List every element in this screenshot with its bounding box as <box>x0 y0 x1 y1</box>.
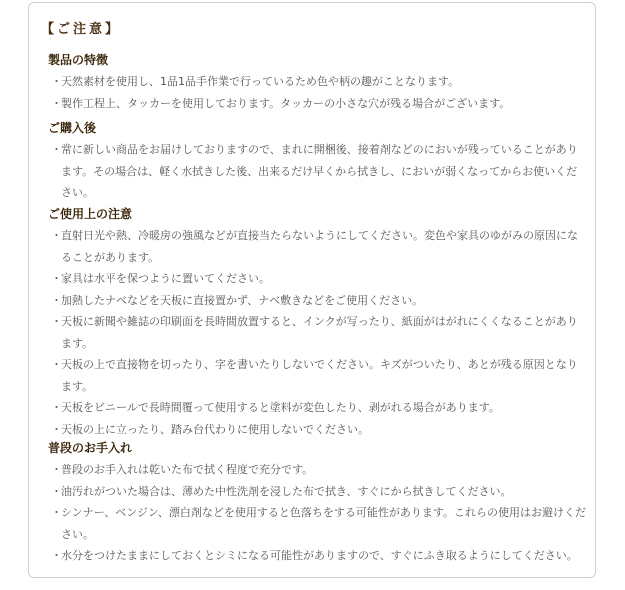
bullet-icon: ・ <box>51 225 61 247</box>
item-text: 常に新しい商品をお届けしておりますので、まれに開梱後、接着剤などのにおいが残って… <box>61 143 578 199</box>
bullet-icon: ・ <box>51 397 61 419</box>
list-item: ・天板に新聞や雑誌の印刷面を長時間放置すると、インクが写ったり、紙面がはがれにく… <box>48 311 588 354</box>
section-daily-care: 普段のお手入れ ・普段のお手入れは乾いた布で拭く程度で充分です。 ・油汚れがつい… <box>48 439 588 567</box>
bullet-icon: ・ <box>51 354 61 376</box>
section-title: ご購入後 <box>48 119 588 137</box>
item-text: 家具は水平を保つように置いてください。 <box>61 272 270 285</box>
item-text: 直射日光や熱、冷暖房の強風などが直接当たらないようにしてください。変色や家具のゆ… <box>61 229 578 264</box>
list-item: ・常に新しい商品をお届けしておりますので、まれに開梱後、接着剤などのにおいが残っ… <box>48 139 588 204</box>
section-title: 普段のお手入れ <box>48 439 588 457</box>
item-text: 天板に新聞や雑誌の印刷面を長時間放置すると、インクが写ったり、紙面がはがれにくく… <box>61 315 578 350</box>
list-item: ・水分をつけたままにしておくとシミになる可能性がありますので、すぐにふき取るよう… <box>48 545 588 567</box>
item-text: 加熱したナベなどを天板に直接置かず、ナベ敷きなどをご使用ください。 <box>61 294 423 307</box>
bullet-icon: ・ <box>51 481 61 503</box>
item-text: 製作工程上、タッカーを使用しております。タッカーの小さな穴が残る場合がございます… <box>61 97 510 110</box>
list-item: ・製作工程上、タッカーを使用しております。タッカーの小さな穴が残る場合がございま… <box>48 93 588 115</box>
notice-box: 【ご注意】 製品の特徴 ・天然素材を使用し、1品1品手作業で行っているため色や柄… <box>28 2 596 578</box>
bullet-icon: ・ <box>51 459 61 481</box>
list-item: ・普段のお手入れは乾いた布で拭く程度で充分です。 <box>48 459 588 481</box>
bullet-icon: ・ <box>51 268 61 290</box>
list-item: ・家具は水平を保つように置いてください。 <box>48 268 588 290</box>
item-text: 天然素材を使用し、1品1品手作業で行っているため色や柄の趣がことなります。 <box>61 75 459 88</box>
item-text: 天板の上に立ったり、踏み台代わりに使用しないでください。 <box>61 423 369 436</box>
bullet-icon: ・ <box>51 311 61 333</box>
bullet-icon: ・ <box>51 545 61 567</box>
list-item: ・天板をビニールで長時間覆って使用すると塗料が変色したり、剥がれる場合があります… <box>48 397 588 419</box>
item-text: 水分をつけたままにしておくとシミになる可能性がありますので、すぐにふき取るように… <box>61 549 578 562</box>
item-text: 普段のお手入れは乾いた布で拭く程度で充分です。 <box>61 463 313 476</box>
list-item: ・直射日光や熱、冷暖房の強風などが直接当たらないようにしてください。変色や家具の… <box>48 225 588 268</box>
item-text: 油汚れがついた場合は、薄めた中性洗剤を浸した布で拭き、すぐにから拭きしてください… <box>61 485 512 498</box>
bullet-icon: ・ <box>51 502 61 524</box>
item-text: 天板の上で直接物を切ったり、字を書いたりしないでください。キズがついたり、あとが… <box>61 358 578 393</box>
bullet-icon: ・ <box>51 93 61 115</box>
section-product-features: 製品の特徴 ・天然素材を使用し、1品1品手作業で行っているため色や柄の趣がことな… <box>48 51 588 114</box>
section-after-purchase: ご購入後 ・常に新しい商品をお届けしておりますので、まれに開梱後、接着剤などのに… <box>48 119 588 204</box>
list-item: ・天然素材を使用し、1品1品手作業で行っているため色や柄の趣がことなります。 <box>48 71 588 93</box>
list-item: ・天板の上に立ったり、踏み台代わりに使用しないでください。 <box>48 419 588 441</box>
item-text: 天板をビニールで長時間覆って使用すると塗料が変色したり、剥がれる場合があります。 <box>61 401 500 414</box>
bullet-icon: ・ <box>51 139 61 161</box>
list-item: ・油汚れがついた場合は、薄めた中性洗剤を浸した布で拭き、すぐにから拭きしてくださ… <box>48 481 588 503</box>
notice-title: 【ご注意】 <box>41 22 121 38</box>
list-item: ・シンナー、ベンジン、漂白剤などを使用すると色落ちをする可能性があります。これら… <box>48 502 588 545</box>
section-title: ご使用上の注意 <box>48 205 588 223</box>
list-item: ・加熱したナベなどを天板に直接置かず、ナベ敷きなどをご使用ください。 <box>48 290 588 312</box>
section-usage-cautions: ご使用上の注意 ・直射日光や熱、冷暖房の強風などが直接当たらないようにしてくださ… <box>48 205 588 440</box>
bullet-icon: ・ <box>51 71 61 93</box>
bullet-icon: ・ <box>51 290 61 312</box>
section-title: 製品の特徴 <box>48 51 588 69</box>
list-item: ・天板の上で直接物を切ったり、字を書いたりしないでください。キズがついたり、あと… <box>48 354 588 397</box>
item-text: シンナー、ベンジン、漂白剤などを使用すると色落ちをする可能性があります。これらの… <box>61 506 586 541</box>
bullet-icon: ・ <box>51 419 61 441</box>
